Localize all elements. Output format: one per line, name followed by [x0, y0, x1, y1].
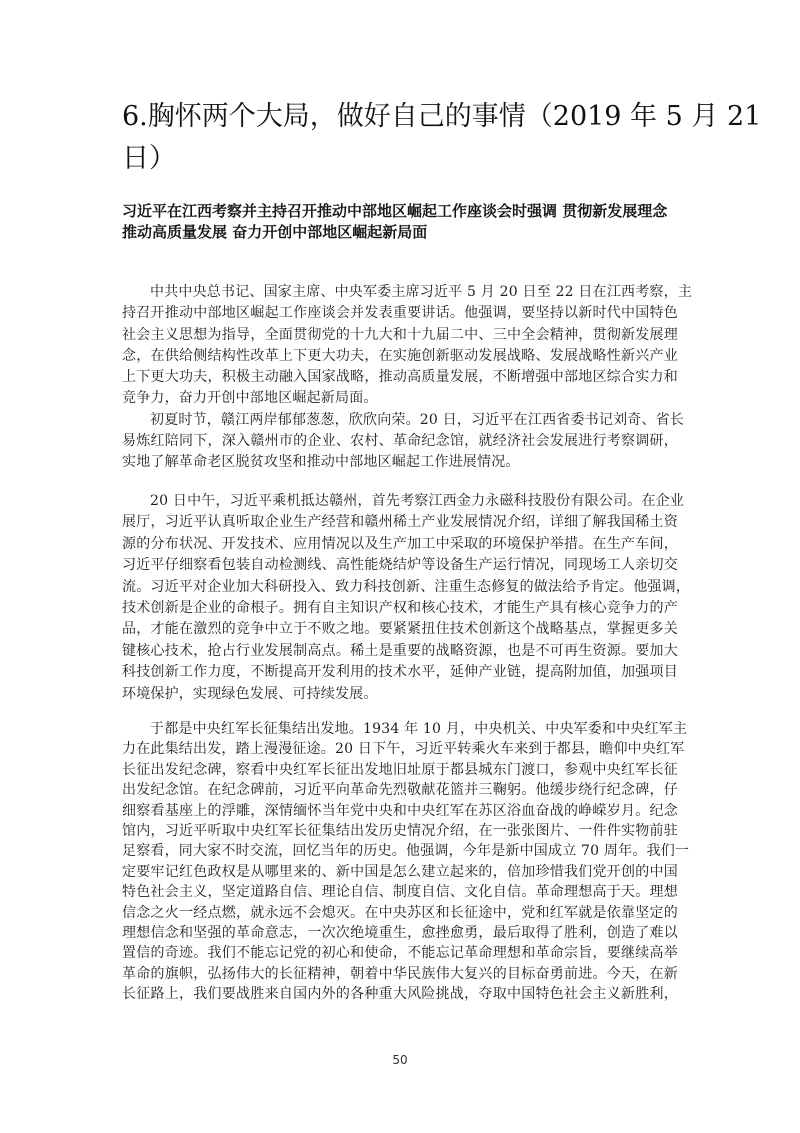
text-line: 置信的奇迹。我们不能忘记党的初心和使命，不能忘记革命理想和革命宗旨，要继续高举	[122, 943, 678, 963]
text-line: 细察看基座上的浮雕，深情缅怀当年党中央和中央红军在苏区浴血奋战的峥嵘岁月。纪念	[122, 801, 678, 821]
text-line: 信念之火一经点燃，就永远不会熄灭。在中央苏区和长征途中，党和红军就是依靠坚定的	[122, 903, 678, 923]
text-line: 足察看，同大家不时交流，回忆当年的历史。他强调，今年是新中国成立 70 周年。我…	[122, 841, 678, 861]
text-line: 展厅，习近平认真听取企业生产经营和赣州稀土产业发展情况介绍，详细了解我国稀土资	[122, 512, 678, 533]
document-page: 6.胸怀两个大局，做好自己的事情（2019 年 5 月 21 日） 习近平在江西…	[0, 0, 800, 1133]
text-line: 竞争力，奋力开创中部地区崛起新局面。	[122, 388, 678, 409]
paragraph-4: 于都是中央红军长征集结出发地。1934 年 10 月，中央机关、中央军委和中央红…	[122, 719, 678, 1005]
text-line: 源的分布状况、开发技术、应用情况以及生产加工中采取的环境保护举措。在生产车间，	[122, 534, 678, 555]
text-line: 长征出发纪念碑，察看中央红军长征出发地旧址原于都县城东门渡口，参观中央红军长征	[122, 760, 678, 780]
text-line: 实地了解革命老区脱贫攻坚和推动中部地区崛起工作进展情况。	[122, 452, 678, 473]
page-title: 6.胸怀两个大局，做好自己的事情（2019 年 5 月 21 日）	[122, 96, 678, 180]
headline-line: 习近平在江西考察并主持召开推动中部地区崛起工作座谈会时强调 贯彻新发展理念	[122, 201, 678, 222]
text-line: 念，在供给侧结构性改革上下更大功夫，在实施创新驱动发展战略、发展战略性新兴产业	[122, 346, 678, 367]
title-line: 日）	[122, 138, 678, 180]
paragraph-3: 20 日中午，习近平乘机抵达赣州，首先考察江西金力永磁科技股份有限公司。在企业 …	[122, 491, 678, 705]
text-line: 革命的旗帜，弘扬伟大的长征精神，朝着中华民族伟大复兴的目标奋勇前进。今天，在新	[122, 964, 678, 984]
text-line: 中共中央总书记、国家主席、中央军委主席习近平 5 月 20 日至 22 日在江西…	[122, 282, 678, 303]
text-line: 科技创新工作力度，不断提高开发利用的技术水平，延伸产业链，提高附加值，加强项目	[122, 662, 678, 683]
paragraph-1: 中共中央总书记、国家主席、中央军委主席习近平 5 月 20 日至 22 日在江西…	[122, 282, 678, 410]
article-headline: 习近平在江西考察并主持召开推动中部地区崛起工作座谈会时强调 贯彻新发展理念 推动…	[122, 201, 678, 243]
text-line: 初夏时节，赣江两岸郁郁葱葱，欣欣向荣。20 日，习近平在江西省委书记刘奇、省长	[122, 410, 678, 431]
text-line: 技术创新是企业的命根子。拥有自主知识产权和核心技术，才能生产具有核心竞争力的产	[122, 598, 678, 619]
text-line: 力在此集结出发，踏上漫漫征途。20 日下午，习近平转乘火车来到于都县，瞻仰中央红…	[122, 739, 678, 759]
text-line: 于都是中央红军长征集结出发地。1934 年 10 月，中央机关、中央军委和中央红…	[122, 719, 678, 739]
text-line: 环境保护，实现绿色发展、可持续发展。	[122, 684, 678, 705]
text-line: 习近平仔细察看包装自动检测线、高性能烧结炉等设备生产运行情况，同现场工人亲切交	[122, 555, 678, 576]
text-line: 品，才能在激烈的竞争中立于不败之地。要紧紧扭住技术创新这个战略基点，掌握更多关	[122, 619, 678, 640]
text-line: 流。习近平对企业加大科研投入、致力科技创新、注重生态修复的做法给予肯定。他强调，	[122, 577, 678, 598]
body-paragraphs-intro: 中共中央总书记、国家主席、中央军委主席习近平 5 月 20 日至 22 日在江西…	[122, 282, 678, 474]
text-line: 出发纪念馆。在纪念碑前，习近平向革命先烈敬献花篮并三鞠躬。他缓步绕行纪念碑，仔	[122, 780, 678, 800]
text-line: 上下更大功夫，积极主动融入国家战略，推动高质量发展，不断增强中部地区综合实力和	[122, 367, 678, 388]
text-line: 理想信念和坚强的革命意志，一次次绝境重生，愈挫愈勇，最后取得了胜利，创造了难以	[122, 923, 678, 943]
text-line: 键核心技术，抢占行业发展制高点。稀土是重要的战略资源，也是不可再生资源。要加大	[122, 641, 678, 662]
page-number: 50	[370, 1051, 430, 1069]
text-line: 特色社会主义，坚定道路自信、理论自信、制度自信、文化自信。革命理想高于天。理想	[122, 882, 678, 902]
text-line: 社会主义思想为指导，全面贯彻党的十九大和十九届二中、三中全会精神，贯彻新发展理	[122, 325, 678, 346]
text-line: 长征路上，我们要战胜来自国内外的各种重大风险挑战，夺取中国特色社会主义新胜利，	[122, 984, 678, 1004]
text-line: 易炼红陪同下，深入赣州市的企业、农村、革命纪念馆，就经济社会发展进行考察调研，	[122, 431, 678, 452]
headline-line: 推动高质量发展 奋力开创中部地区崛起新局面	[122, 222, 678, 243]
title-line: 6.胸怀两个大局，做好自己的事情（2019 年 5 月 21	[122, 96, 678, 138]
text-line: 20 日中午，习近平乘机抵达赣州，首先考察江西金力永磁科技股份有限公司。在企业	[122, 491, 678, 512]
text-line: 持召开推动中部地区崛起工作座谈会并发表重要讲话。他强调，要坚持以新时代中国特色	[122, 303, 678, 324]
text-line: 馆内，习近平听取中央红军长征集结出发历史情况介绍，在一张张图片、一件件实物前驻	[122, 821, 678, 841]
paragraph-2: 初夏时节，赣江两岸郁郁葱葱，欣欣向荣。20 日，习近平在江西省委书记刘奇、省长 …	[122, 410, 678, 474]
text-line: 定要牢记红色政权是从哪里来的、新中国是怎么建立起来的，倍加珍惜我们党开创的中国	[122, 862, 678, 882]
